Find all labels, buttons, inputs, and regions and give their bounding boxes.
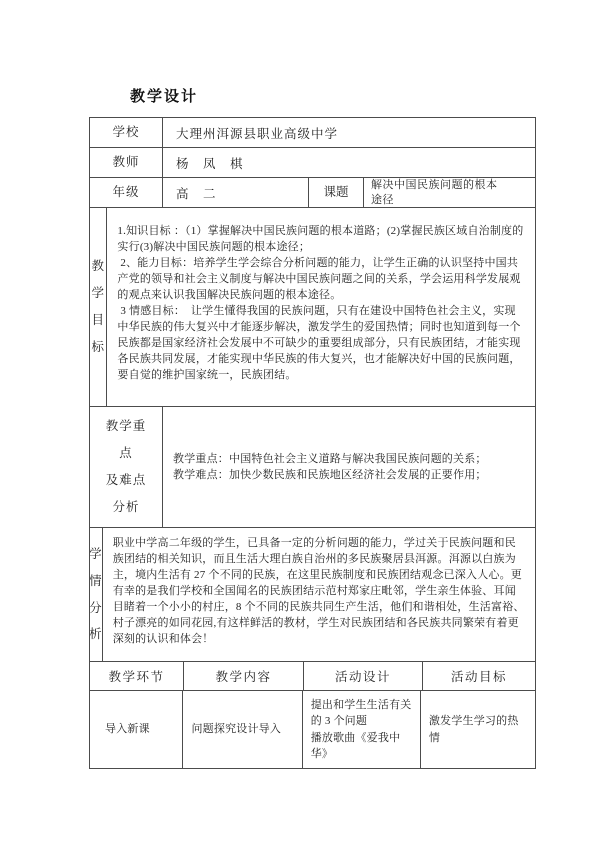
activity-goal: 激发学生学习的热情 bbox=[421, 691, 536, 769]
grade-value: 高 二 bbox=[163, 178, 309, 208]
page-title: 教学设计 bbox=[130, 85, 198, 106]
difficult-point-line: 教学难点：加快少数民族和民族地区经济社会发展的正要作用； bbox=[173, 467, 525, 483]
key-point-line: 教学重点：中国特色社会主义道路与解决我国民族问题的关系； bbox=[173, 451, 525, 467]
header-goal: 活动目标 bbox=[423, 662, 536, 691]
activity-content: 问题探究设计导入 bbox=[183, 691, 302, 769]
teacher-value: 杨 凤 棋 bbox=[163, 148, 536, 178]
key-points-label: 教学重 点 及难点 分析 bbox=[90, 407, 163, 528]
learner-analysis-text: 职业中学高二年级的学生，已具备一定的分析问题的能力，学过关于民族问题和民族团结的… bbox=[113, 535, 525, 647]
school-value: 大理州洱源县职业高级中学 bbox=[163, 118, 536, 148]
row-key-points: 教学重 点 及难点 分析 教学重点：中国特色社会主义道路与解决我国民族问题的关系… bbox=[90, 407, 536, 528]
learner-analysis-label: 学情分 析 bbox=[90, 528, 103, 662]
goal-emotion: 3 情感目标： 让学生懂得我国的民族问题，只有在建设中国特色社会主义，实现中华民… bbox=[117, 303, 525, 383]
goal-ability: 2、能力目标：培养学生学会综合分析问题的能力，让学生正确的认识坚持中国共产党的领… bbox=[117, 255, 525, 303]
activity-stage: 导入新课 bbox=[90, 691, 183, 769]
activity-design: 提出和学生生活有关的 3 个问题 播放歌曲《爱我中华》 bbox=[303, 691, 421, 769]
grade-label: 年级 bbox=[90, 178, 163, 208]
header-design: 活动设计 bbox=[304, 662, 423, 691]
row-grade-topic: 年级 高 二 课题 解决中国民族问题的根本 途径 bbox=[90, 178, 536, 208]
teacher-label: 教师 bbox=[90, 148, 163, 178]
header-content: 教学内容 bbox=[184, 662, 304, 691]
key-points-content: 教学重点：中国特色社会主义道路与解决我国民族问题的关系； 教学难点：加快少数民族… bbox=[163, 407, 536, 528]
lesson-plan-table: 学校 大理州洱源县职业高级中学 教师 杨 凤 棋 年级 高 二 课题 解决中国民… bbox=[89, 117, 536, 769]
row-activity-intro: 导入新课 问题探究设计导入 提出和学生生活有关的 3 个问题 播放歌曲《爱我中华… bbox=[90, 691, 536, 769]
row-teacher: 教师 杨 凤 棋 bbox=[90, 148, 536, 178]
row-school: 学校 大理州洱源县职业高级中学 bbox=[90, 118, 536, 148]
topic-text: 解决中国民族问题的根本 途径 bbox=[364, 178, 498, 208]
row-activity-header: 教学环节 教学内容 活动设计 活动目标 bbox=[90, 662, 536, 691]
school-label: 学校 bbox=[90, 118, 163, 148]
teaching-goals-label: 教学目 标 bbox=[90, 208, 107, 407]
header-stage: 教学环节 bbox=[90, 662, 184, 691]
topic-label: 课题 bbox=[309, 178, 364, 208]
goal-knowledge: 1.知识目标 ：（1）掌握解决中国民族问题的根本道路；(2)掌握民族区域自治制度… bbox=[117, 223, 525, 255]
topic-value: 解决中国民族问题的根本 途径 bbox=[364, 178, 536, 208]
learner-analysis-content: 职业中学高二年级的学生，已具备一定的分析问题的能力，学过关于民族问题和民族团结的… bbox=[103, 528, 536, 662]
row-learner-analysis: 学情分 析 职业中学高二年级的学生，已具备一定的分析问题的能力，学过关于民族问题… bbox=[90, 528, 536, 662]
row-teaching-goals: 教学目 标 1.知识目标 ：（1）掌握解决中国民族问题的根本道路；(2)掌握民族… bbox=[90, 208, 536, 407]
teaching-goals-content: 1.知识目标 ：（1）掌握解决中国民族问题的根本道路；(2)掌握民族区域自治制度… bbox=[107, 208, 536, 407]
